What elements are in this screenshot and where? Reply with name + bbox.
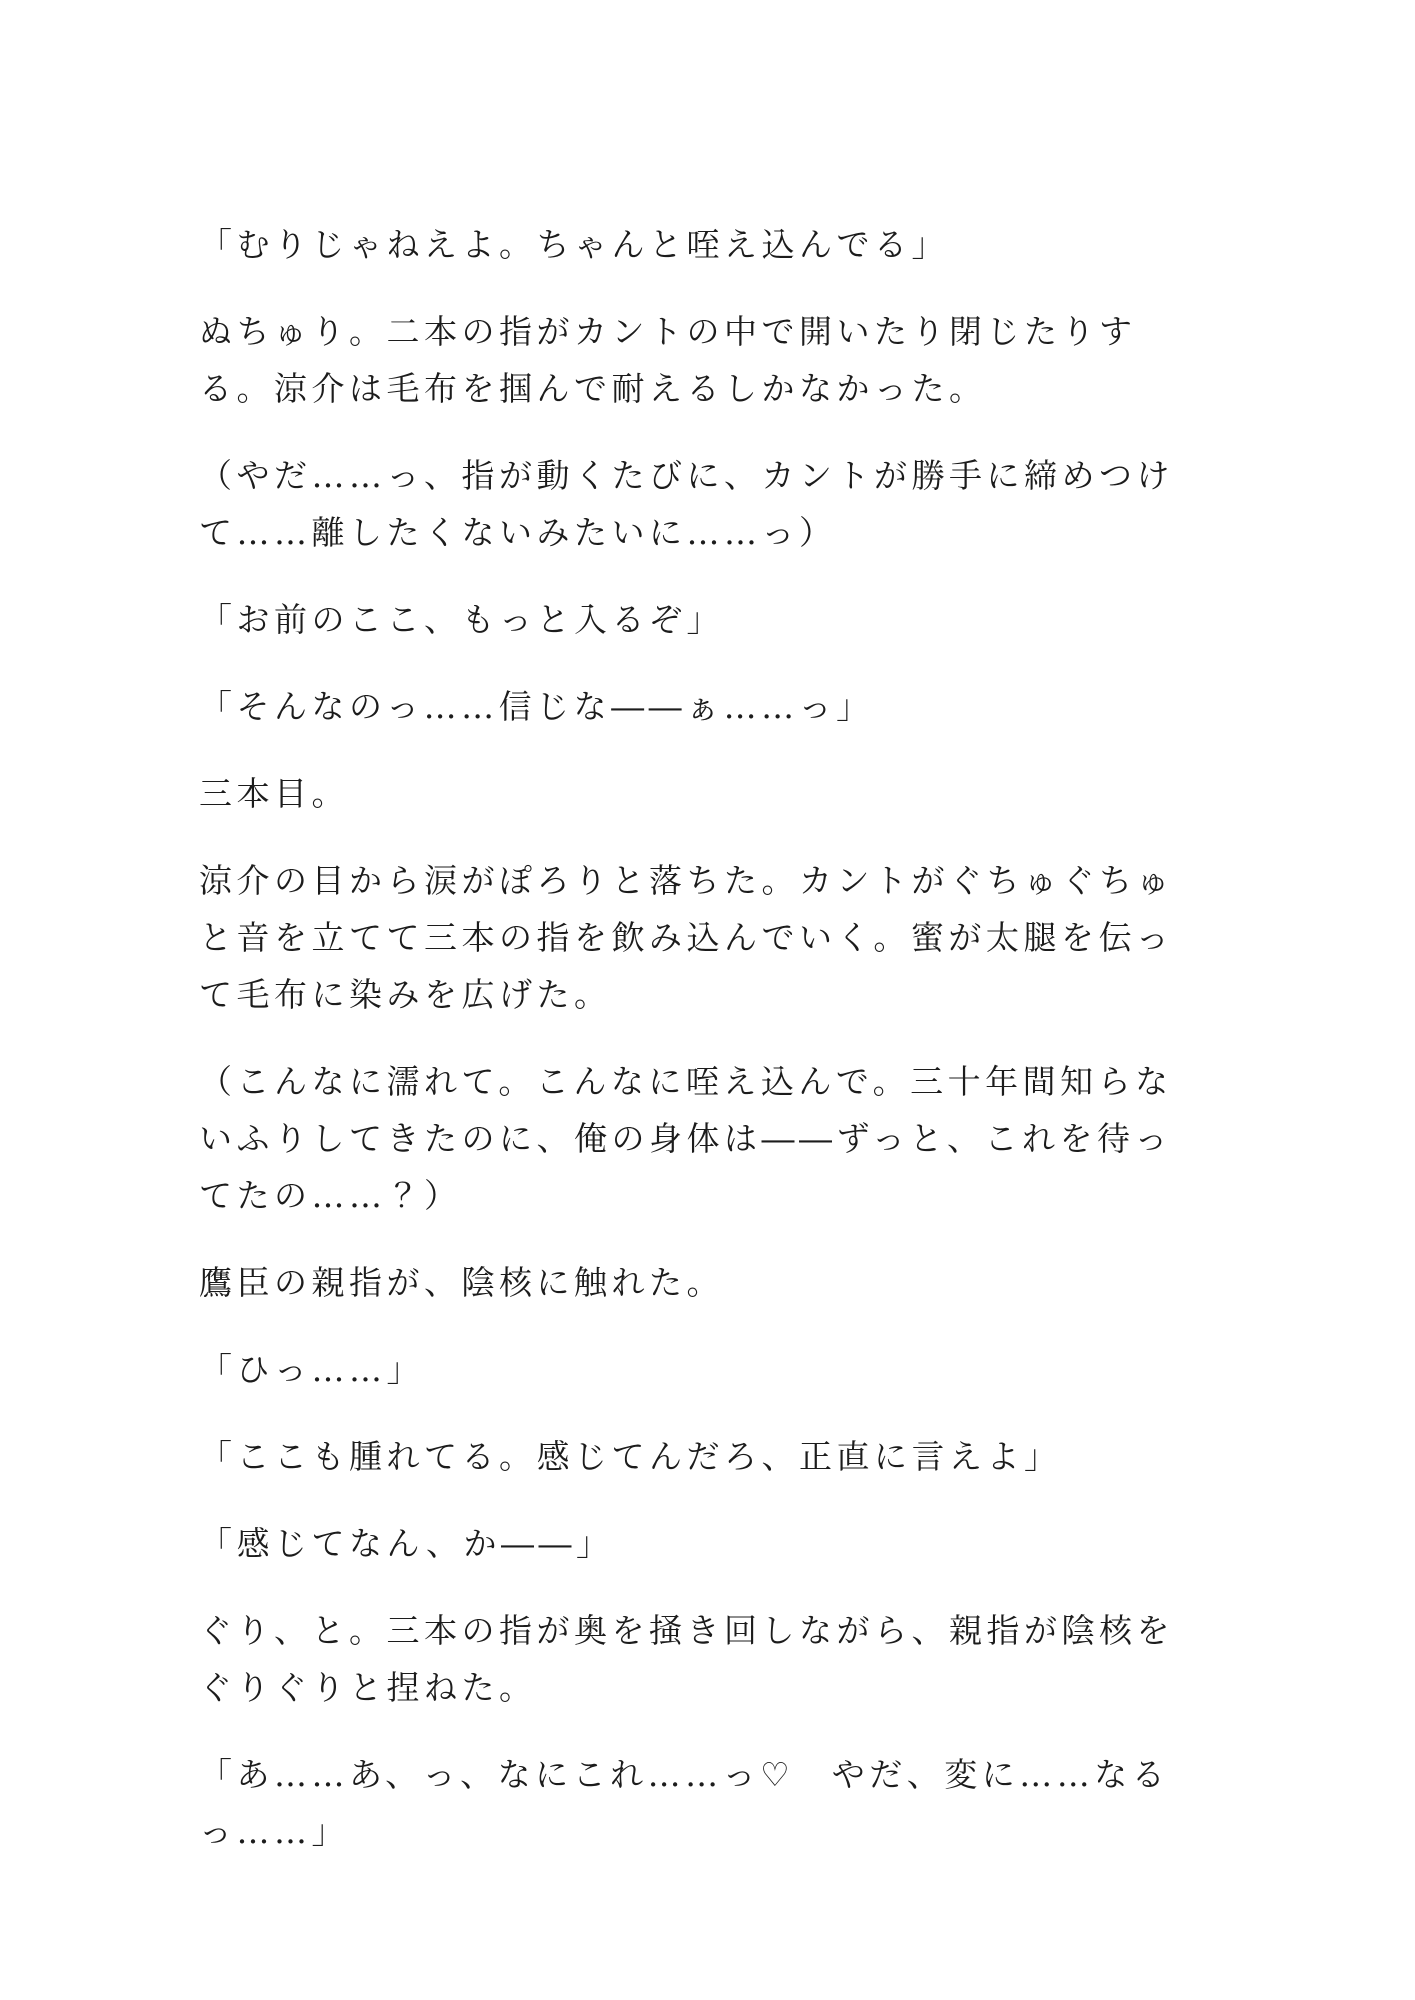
- paragraph-inner-monologue: （やだ……っ、指が動くたびに、カントが勝手に締めつけて……離したくないみたいに……: [199, 447, 1189, 561]
- paragraph-narration: 鷹臣の親指が、陰核に触れた。: [199, 1254, 1189, 1311]
- paragraph-dialogue: 「あ……あ、っ、なにこれ……っ♡ やだ、変に……なるっ……」: [199, 1746, 1189, 1860]
- paragraph-dialogue: 「感じてなん、か――」: [199, 1515, 1189, 1572]
- paragraph-narration: ぐり、と。三本の指が奥を掻き回しながら、親指が陰核をぐりぐりと捏ねた。: [199, 1602, 1189, 1716]
- paragraph-dialogue: 「ひっ……」: [199, 1341, 1189, 1398]
- paragraph-narration: 三本目。: [199, 765, 1189, 822]
- paragraph-narration: ぬちゅり。二本の指がカントの中で開いたり閉じたりする。涼介は毛布を掴んで耐えるし…: [199, 303, 1189, 417]
- paragraph-narration: 涼介の目から涙がぽろりと落ちた。カントがぐちゅぐちゅと音を立てて三本の指を飲み込…: [199, 852, 1189, 1023]
- manuscript-page: 「むりじゃねえよ。ちゃんと咥え込んでる」 ぬちゅり。二本の指がカントの中で開いた…: [199, 216, 1189, 1860]
- paragraph-dialogue: 「お前のここ、もっと入るぞ」: [199, 591, 1189, 648]
- paragraph-dialogue: 「むりじゃねえよ。ちゃんと咥え込んでる」: [199, 216, 1189, 273]
- paragraph-dialogue: 「ここも腫れてる。感じてんだろ、正直に言えよ」: [199, 1428, 1189, 1485]
- paragraph-dialogue: 「そんなのっ……信じな――ぁ……っ」: [199, 678, 1189, 735]
- paragraph-inner-monologue: （こんなに濡れて。こんなに咥え込んで。三十年間知らないふりしてきたのに、俺の身体…: [199, 1053, 1189, 1224]
